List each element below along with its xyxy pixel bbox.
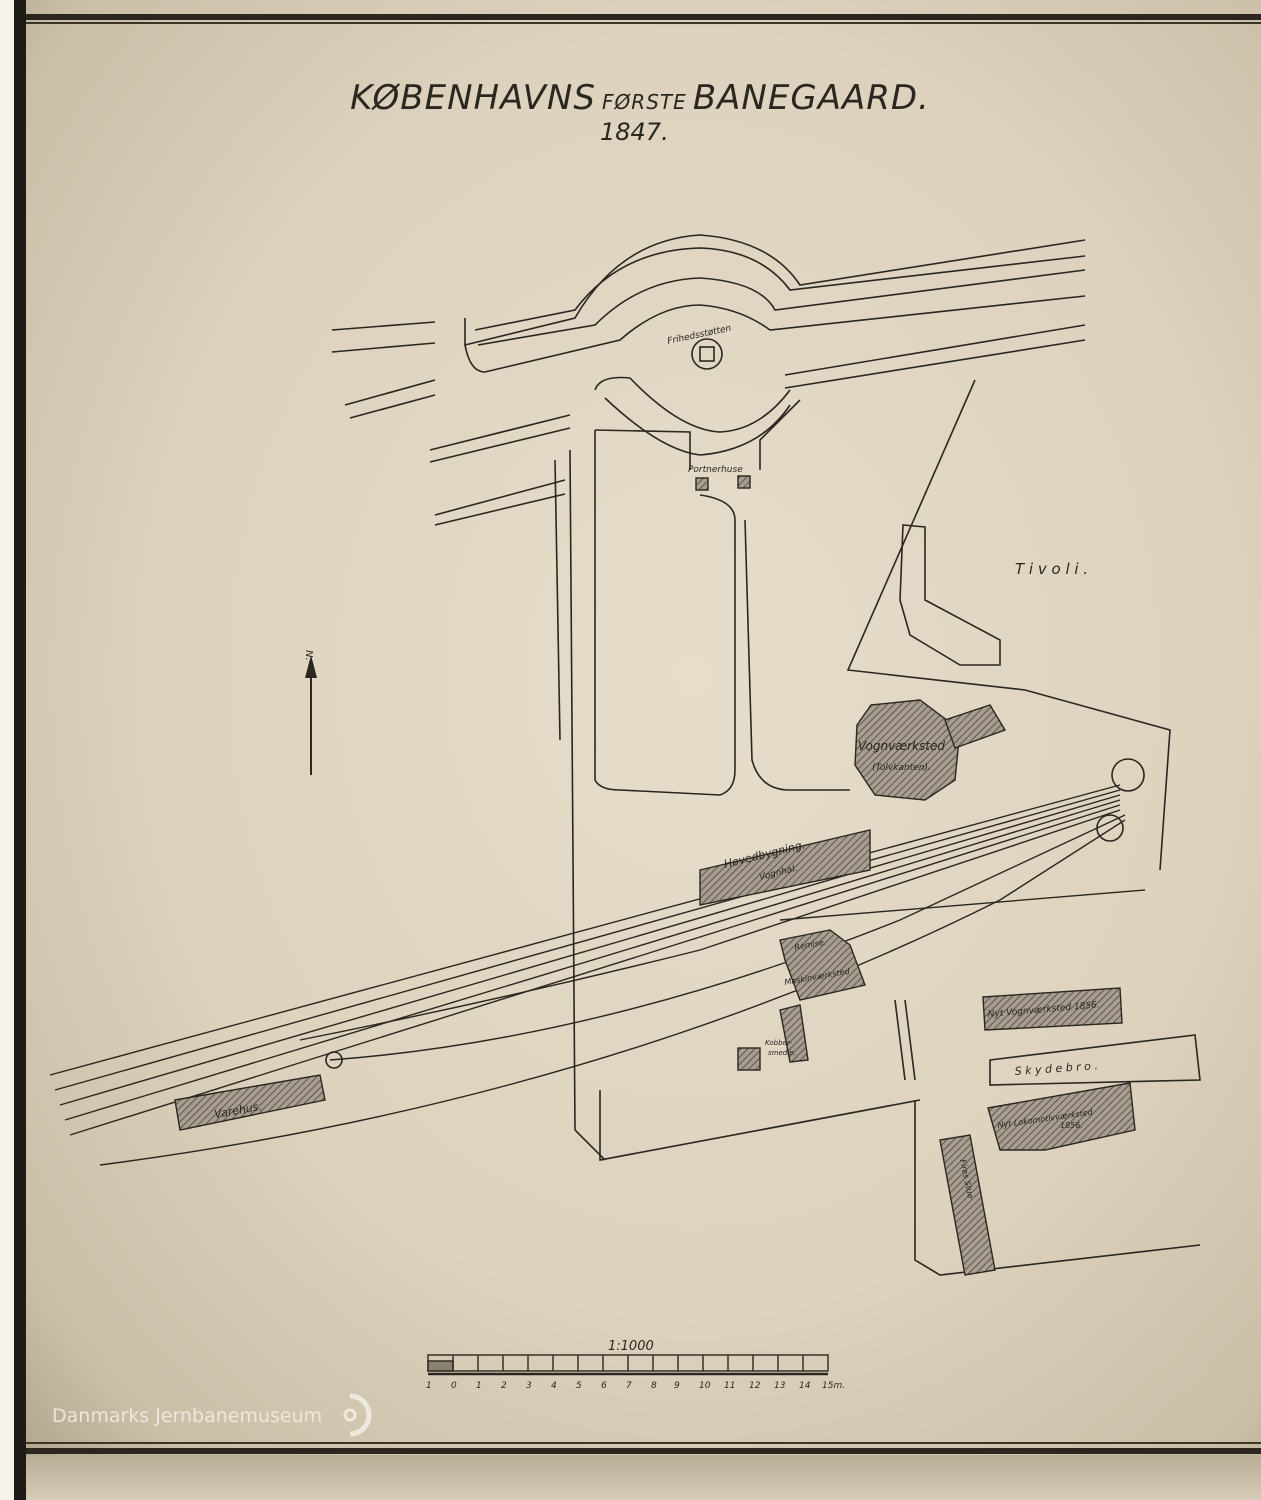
svg-text:7: 7 (626, 1381, 632, 1391)
svg-text:10: 10 (699, 1381, 711, 1391)
north-arrow-icon (305, 655, 317, 775)
svg-text:1: 1 (476, 1381, 482, 1391)
label-kobbersmedie-2: smedie. (768, 1049, 796, 1057)
scale-bar (428, 1355, 828, 1374)
turntable (1112, 759, 1144, 791)
svg-text:3: 3 (526, 1381, 532, 1391)
forecourt (595, 400, 800, 470)
svg-text:5: 5 (576, 1381, 582, 1391)
svg-text:4: 4 (551, 1381, 557, 1391)
scale-ticks: 1 0 1 2 3 4 5 6 7 8 9 10 11 12 13 14 15m… (426, 1381, 845, 1391)
svg-text:6: 6 (601, 1381, 607, 1391)
label-frihedsstotten: Frihedsstøtten (667, 324, 733, 347)
svg-text:9: 9 (674, 1381, 680, 1391)
svg-text:8: 8 (651, 1381, 657, 1391)
station-plan: Frihedsstøtten Portnerhuse T i v o l i .… (0, 0, 1261, 1500)
svg-text:12: 12 (749, 1381, 761, 1391)
svg-text:1: 1 (426, 1381, 432, 1391)
label-portnerhuse: Portnerhuse (688, 465, 743, 475)
svg-text:0: 0 (451, 1381, 457, 1391)
north-label: N. (303, 650, 314, 661)
fires-stue-building (940, 1135, 995, 1275)
scale-ratio: 1:1000 (608, 1339, 654, 1354)
turntable-2 (1097, 815, 1123, 841)
label-nyt-lokomotivvaerksted-year: 1856. (1060, 1121, 1083, 1130)
svg-text:13: 13 (774, 1381, 786, 1391)
label-tivoli: T i v o l i . (1015, 560, 1088, 578)
label-skydebro: S k y d e b r o . (1014, 1059, 1098, 1078)
svg-text:15m.: 15m. (822, 1381, 845, 1391)
svg-text:2: 2 (501, 1381, 507, 1391)
museum-watermark: Danmarks Jernbanemuseum (52, 1405, 322, 1427)
svg-text:14: 14 (799, 1381, 811, 1391)
museum-logo-icon (330, 1392, 376, 1438)
svg-text:11: 11 (724, 1381, 735, 1391)
label-vognvaerksted: Vognværksted (858, 739, 945, 753)
label-tolvkanten: (Tolvkanten). (872, 763, 931, 773)
tivoli-building (900, 525, 1000, 665)
label-kobbersmedie-1: Kobber- (765, 1039, 792, 1047)
